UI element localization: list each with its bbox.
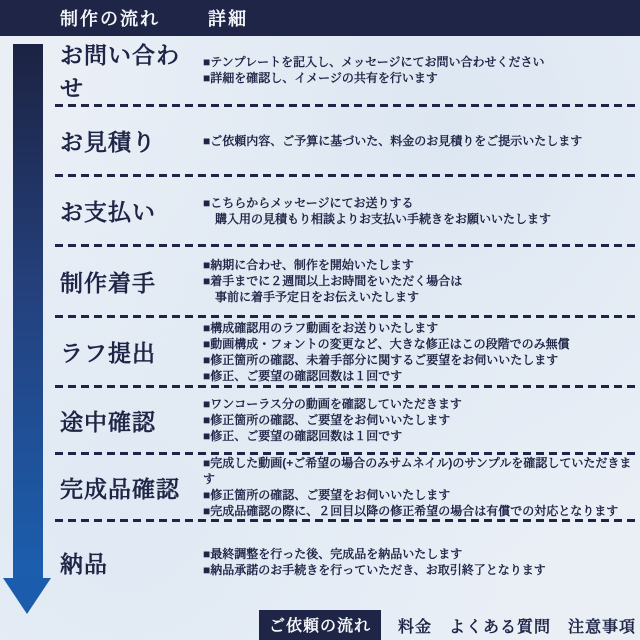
step-midway-check: 途中確認 ■ワンコーラス分の動画を確認していただきます ■修正箇所の確認、ご要望… [55,388,638,452]
step-inquiry: お問い合わせ ■テンプレートを記入し、メッセージにてお問い合わせください ■詳細… [55,36,638,104]
detail-line: ■詳細を確認し、イメージの共有を行います [203,70,638,86]
detail-line: 購入用の見積もり相談よりお支払い手続きをお願いいたします [203,211,638,227]
step-details: ■完成した動画(+ご希望の場合のみサムネイル)のサンプルを確認していただきます … [203,455,638,519]
step-title: 途中確認 [55,404,203,437]
nav-tab-pricing[interactable]: 料金 [398,614,432,637]
step-details: ■構成確認用のラフ動画をお送りいたします ■動画構成・フォントの変更など、大きな… [203,320,638,384]
detail-line: ■こちらからメッセージにてお送りする [203,195,638,211]
step-title: 納品 [55,546,203,579]
detail-line: ■修正箇所の確認、未着手部分に関するご要望をお伺いいたします [203,352,638,368]
step-details: ■最終調整を行った後、完成品を納品いたします ■納品承諾のお手続きを行っていただ… [203,546,638,578]
flow-table-header: 制作の流れ 詳細 [0,0,640,36]
step-payment: お支払い ■こちらからメッセージにてお送りする 購入用の見積もり相談よりお支払い… [55,177,638,244]
detail-line: ■構成確認用のラフ動画をお送りいたします [203,320,638,336]
nav-tab-request-flow[interactable]: ご依頼の流れ [259,610,381,640]
detail-line: ■着手までに２週間以上お時間をいただく場合は [203,273,638,289]
step-title: 完成品確認 [55,471,203,504]
detail-line: ■修正、ご要望の確認回数は１回です [203,368,638,384]
step-title: お見積り [55,124,203,157]
detail-line: ■ご依頼内容、ご予算に基づいた、料金のお見積りをご提示いたします [203,133,638,149]
step-rough-submission: ラフ提出 ■構成確認用のラフ動画をお送りいたします ■動画構成・フォントの変更な… [55,318,638,385]
header-detail-column-label: 詳細 [208,5,248,31]
step-title: お問い合わせ [55,37,203,103]
detail-line: ■完成品確認の際に、２回目以降の修正希望の場合は有償での対応となります [203,503,638,519]
step-delivery: 納品 ■最終調整を行った後、完成品を納品いたします ■納品承諾のお手続きを行って… [55,522,638,602]
step-title: お支払い [55,194,203,227]
detail-line: ■修正、ご要望の確認回数は１回です [203,428,638,444]
step-details: ■ワンコーラス分の動画を確認していただきます ■修正箇所の確認、ご要望をお伺いい… [203,396,638,444]
detail-line: ■完成した動画(+ご希望の場合のみサムネイル)のサンプルを確認していただきます [203,455,638,487]
step-title: ラフ提出 [55,335,203,368]
detail-line: 事前に着手予定日をお伝えいたします [203,289,638,305]
step-details: ■テンプレートを記入し、メッセージにてお問い合わせください ■詳細を確認し、イメ… [203,54,638,86]
detail-line: ■テンプレートを記入し、メッセージにてお問い合わせください [203,54,638,70]
step-details: ■納期に合わせ、制作を開始いたします ■着手までに２週間以上お時間をいただく場合… [203,257,638,305]
production-flow-page: 制作の流れ 詳細 お問い合わせ ■テンプレートを記入し、メッセージにてお問い合わ… [0,0,640,640]
step-details: ■こちらからメッセージにてお送りする 購入用の見積もり相談よりお支払い手続きをお… [203,195,638,227]
detail-line: ■ワンコーラス分の動画を確認していただきます [203,396,638,412]
step-final-check: 完成品確認 ■完成した動画(+ご希望の場合のみサムネイル)のサンプルを確認してい… [55,455,638,519]
step-estimate: お見積り ■ご依頼内容、ご予算に基づいた、料金のお見積りをご提示いたします [55,107,638,174]
step-production-start: 制作着手 ■納期に合わせ、制作を開始いたします ■着手までに２週間以上お時間をい… [55,247,638,315]
detail-line: ■最終調整を行った後、完成品を納品いたします [203,546,638,562]
page-section-nav: ご依頼の流れ 料金 よくある質問 注意事項 [259,610,636,640]
nav-tab-faq[interactable]: よくある質問 [449,614,551,637]
nav-tab-notes[interactable]: 注意事項 [568,614,636,637]
flow-arrow-down-icon [1,44,53,614]
step-details: ■ご依頼内容、ご予算に基づいた、料金のお見積りをご提示いたします [203,133,638,149]
header-step-column-label: 制作の流れ [60,5,160,31]
detail-line: ■納期に合わせ、制作を開始いたします [203,257,638,273]
detail-line: ■修正箇所の確認、ご要望をお伺いいたします [203,487,638,503]
detail-line: ■修正箇所の確認、ご要望をお伺いいたします [203,412,638,428]
step-title: 制作着手 [55,265,203,298]
detail-line: ■動画構成・フォントの変更など、大きな修正はこの段階でのみ無償 [203,336,638,352]
detail-line: ■納品承諾のお手続きを行っていただき、お取引終了となります [203,562,638,578]
steps-list: お問い合わせ ■テンプレートを記入し、メッセージにてお問い合わせください ■詳細… [55,36,638,602]
